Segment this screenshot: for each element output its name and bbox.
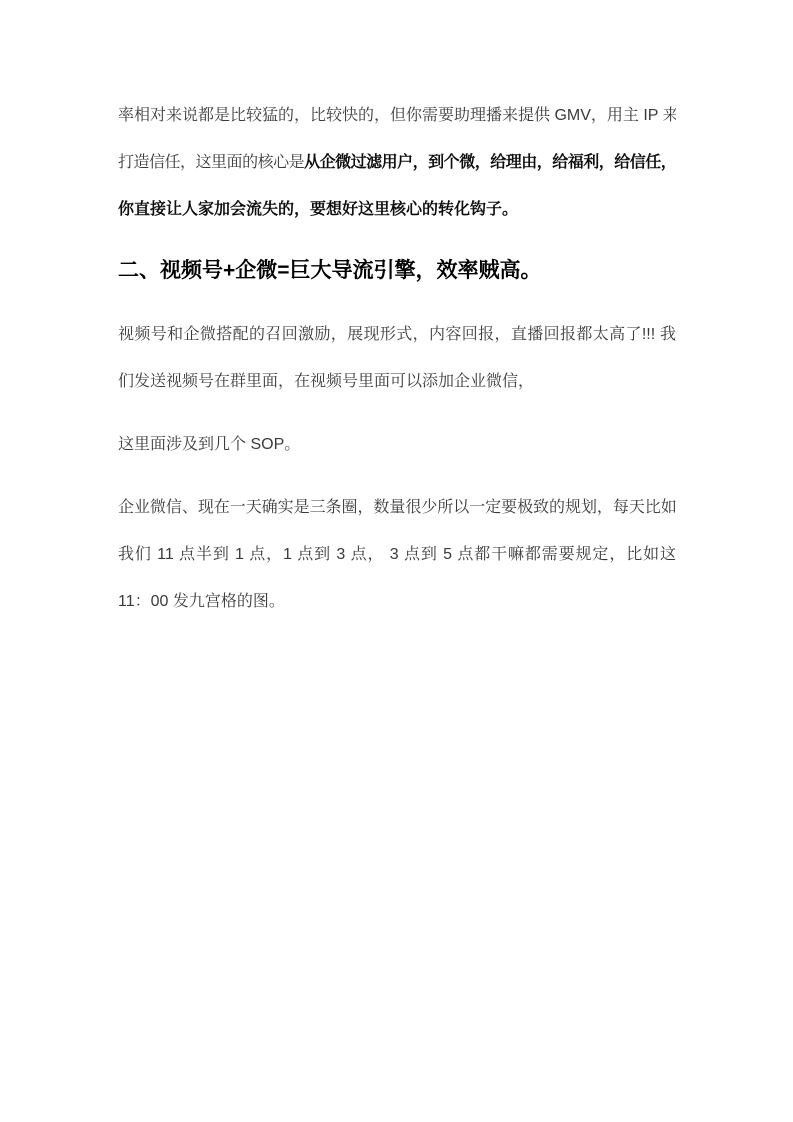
paragraph-1-line-1: 率相对来说都是比较猛的，比较快的，但你需要助理播来提供 GMV，用主 IP 来 xyxy=(118,92,676,139)
paragraph-2-line-1: 视频号和企微搭配的召回激励，展现形式，内容回报，直播回报都太高了!!! 我 xyxy=(118,311,676,358)
paragraph-4-line-2: 我们 11 点半到 1 点，1 点到 3 点， 3 点到 5 点都干嘛都需要规定… xyxy=(118,531,676,578)
paragraph-1-line-2-regular-text: 打造信任，这里面的核心是 xyxy=(118,154,304,171)
paragraph-3: 这里面涉及到几个 SOP。 xyxy=(118,421,676,468)
paragraph-4-line-1-text: 企业微信、现在一天确实是三条圈，数量很少所以一定要极致的规划，每天比如 xyxy=(118,499,676,516)
paragraph-1-line-2-bold-text: 从企微过滤用户，到个微，给理由，给福利，给信任， xyxy=(304,154,676,171)
document-content: 率相对来说都是比较猛的，比较快的，但你需要助理播来提供 GMV，用主 IP 来 … xyxy=(0,0,793,625)
paragraph-2-line-2-text: 们发送视频号在群里面，在视频号里面可以添加企业微信， xyxy=(118,373,534,390)
paragraph-4-line-2-text: 我们 11 点半到 1 点，1 点到 3 点， 3 点到 5 点都干嘛都需要规定… xyxy=(118,546,676,563)
paragraph-4-line-3-text: 11：00 发九宫格的图。 xyxy=(118,593,285,610)
paragraph-1: 率相对来说都是比较猛的，比较快的，但你需要助理播来提供 GMV，用主 IP 来 … xyxy=(118,92,676,233)
paragraph-2-line-1-text: 视频号和企微搭配的召回激励，展现形式，内容回报，直播回报都太高了!!! 我 xyxy=(118,326,676,343)
paragraph-1-line-3: 你直接让人家加会流失的，要想好这里核心的转化钩子。 xyxy=(118,186,676,233)
paragraph-2-line-2: 们发送视频号在群里面，在视频号里面可以添加企业微信， xyxy=(118,358,676,405)
paragraph-1-line-1-text: 率相对来说都是比较猛的，比较快的，但你需要助理播来提供 GMV，用主 IP 来 xyxy=(118,107,676,124)
document-page: 率相对来说都是比较猛的，比较快的，但你需要助理播来提供 GMV，用主 IP 来 … xyxy=(0,0,793,1122)
paragraph-3-line-1: 这里面涉及到几个 SOP。 xyxy=(118,421,676,468)
paragraph-1-line-2: 打造信任，这里面的核心是从企微过滤用户，到个微，给理由，给福利，给信任， xyxy=(118,139,676,186)
paragraph-3-line-1-text: 这里面涉及到几个 SOP。 xyxy=(118,436,300,453)
paragraph-1-line-3-bold-text: 你直接让人家加会流失的，要想好这里核心的转化钩子。 xyxy=(118,201,518,218)
paragraph-4: 企业微信、现在一天确实是三条圈，数量很少所以一定要极致的规划，每天比如 我们 1… xyxy=(118,484,676,625)
paragraph-2: 视频号和企微搭配的召回激励，展现形式，内容回报，直播回报都太高了!!! 我 们发… xyxy=(118,311,676,405)
paragraph-4-line-3: 11：00 发九宫格的图。 xyxy=(118,578,676,625)
section-heading: 二、视频号+企微=巨大导流引擎，效率贼高。 xyxy=(118,249,676,293)
paragraph-4-line-1: 企业微信、现在一天确实是三条圈，数量很少所以一定要极致的规划，每天比如 xyxy=(118,484,676,531)
